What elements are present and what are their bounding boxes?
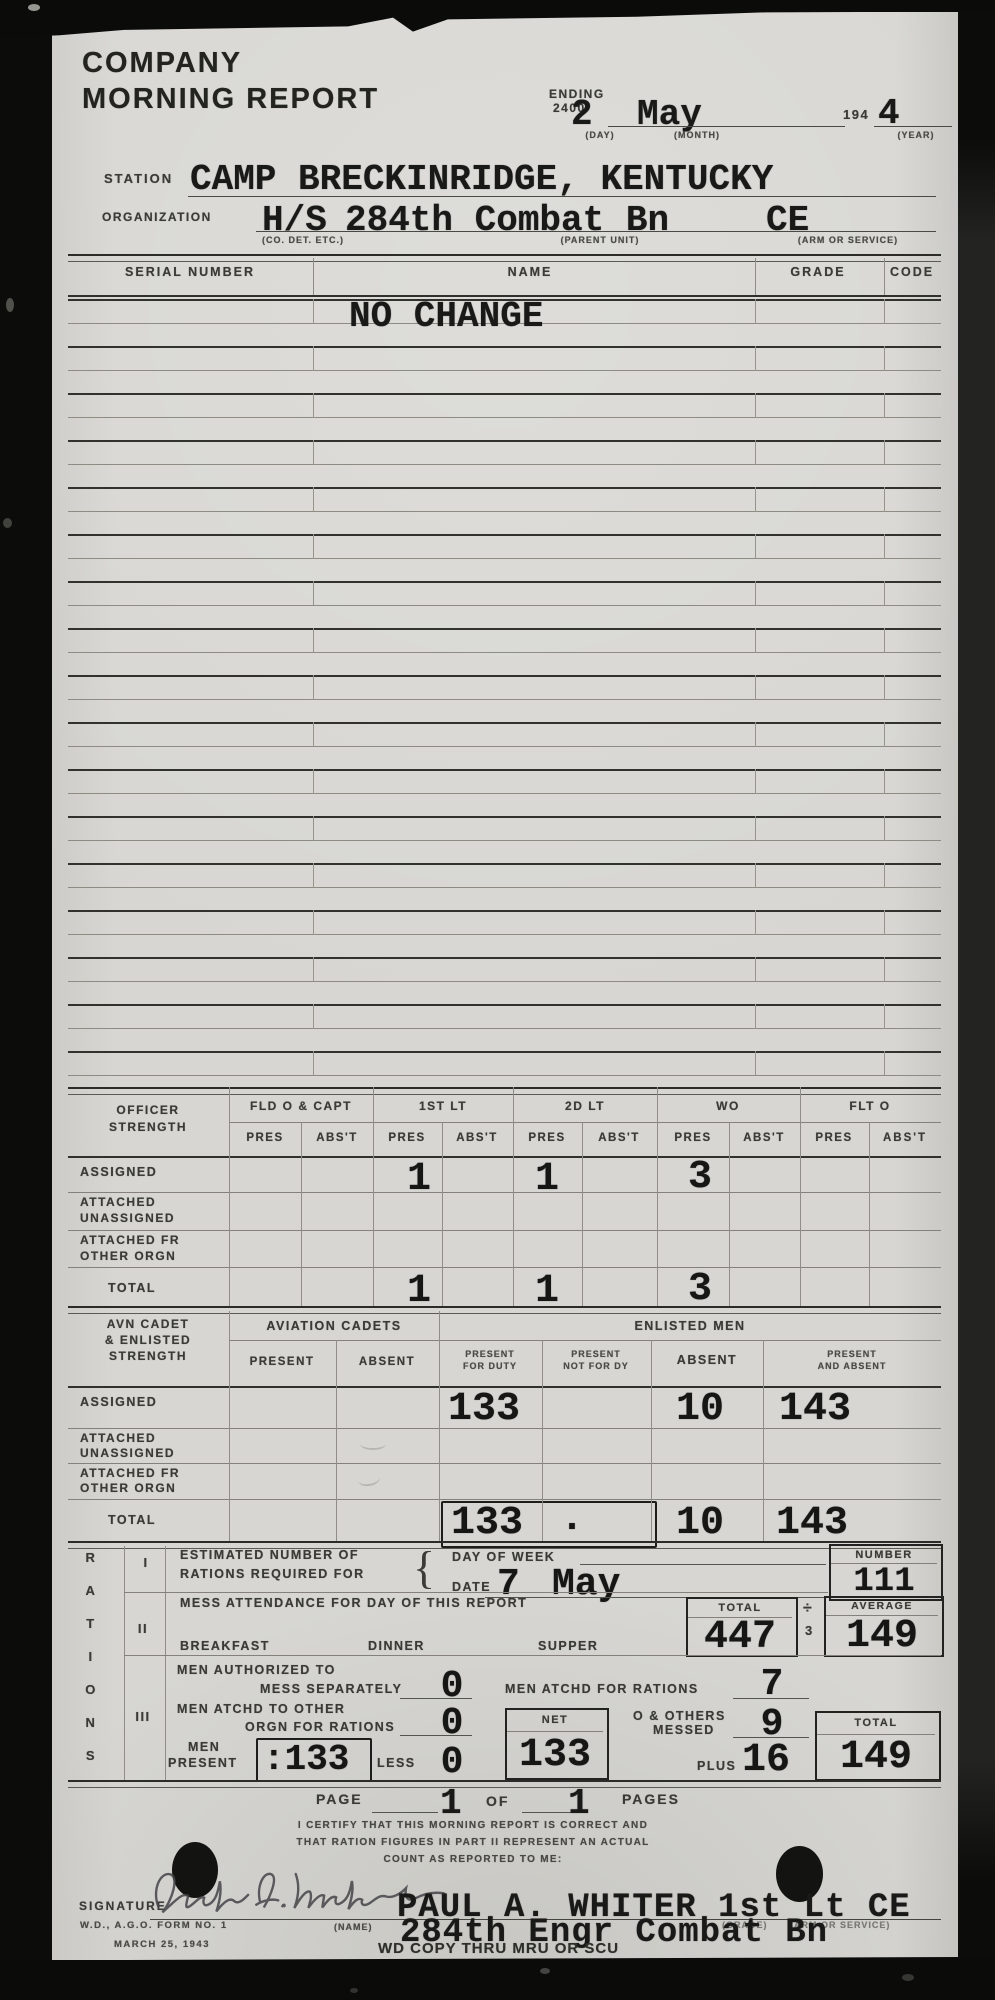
year-caption: (YEAR)	[898, 131, 935, 141]
rations-numeral-i: I	[143, 1556, 148, 1570]
pencil-smudge	[360, 1438, 386, 1450]
pages-value: 1	[568, 1786, 590, 1822]
officer-subcol-pres: PRES	[815, 1132, 852, 1145]
rule-line	[68, 1499, 941, 1500]
page-value: 1	[440, 1786, 462, 1822]
rations-numeral-ii: II	[138, 1622, 148, 1636]
officer-assigned-2dlt-pres: 1	[535, 1160, 559, 1200]
net-label: NET	[542, 1714, 569, 1726]
officer-group-wo: WO	[716, 1100, 740, 1113]
copy-note: WD COPY THRU MRU OR SCU	[378, 1941, 619, 1958]
roster-entry-no-change: NO CHANGE	[349, 299, 543, 335]
rations-bottom-rule	[68, 1780, 941, 1788]
scan-speck	[902, 1974, 914, 1981]
atchd-rations-value: 7	[761, 1666, 784, 1704]
rations-letter: O	[85, 1683, 97, 1697]
date-day-value: 2	[571, 97, 593, 133]
rule-line	[68, 1192, 941, 1193]
less-value: 0	[441, 1744, 464, 1782]
enlisted-subdivider	[763, 1340, 764, 1541]
officer-subcol-pres: PRES	[388, 1132, 425, 1145]
ration-date-month: May	[552, 1566, 620, 1604]
roster-ruled-lines	[68, 299, 941, 1087]
mess-total-value: 447	[704, 1618, 776, 1658]
scan-speck	[6, 298, 14, 312]
rations-part-divider	[124, 1655, 941, 1656]
rule-line	[68, 1230, 941, 1231]
col-present-not-for-dy-1: PRESENT	[571, 1350, 621, 1360]
officer-divider	[373, 1087, 374, 1306]
meal-dinner: DINNER	[368, 1640, 425, 1654]
enlisted-subdivider	[651, 1340, 652, 1541]
page-label: PAGE	[316, 1792, 363, 1807]
col-present-and-absent-2: AND ABSENT	[818, 1362, 887, 1372]
certify-line-1: I CERTIFY THAT THIS MORNING REPORT IS CO…	[298, 1820, 648, 1831]
auth-mess-value: 0	[441, 1668, 464, 1706]
col-present-for-duty-1: PRESENT	[465, 1350, 515, 1360]
rule-line	[68, 1428, 941, 1429]
net-value: 133	[519, 1736, 591, 1776]
rations-letter: R	[86, 1551, 97, 1565]
form-date: MARCH 25, 1943	[114, 1940, 210, 1950]
roster-top-rule	[68, 254, 941, 262]
officer-subcol-abst: ABS'T	[316, 1132, 358, 1145]
roster-header-divider	[755, 258, 756, 296]
meal-supper: SUPPER	[538, 1640, 598, 1654]
officer-row-attached-fr: ATTACHED FR	[80, 1234, 180, 1247]
enlisted-assigned-absent: 10	[676, 1390, 724, 1430]
atchd-other-value: 0	[441, 1705, 464, 1743]
mess-total-label: TOTAL	[718, 1602, 761, 1614]
station-rule	[188, 196, 936, 197]
others-messed-label-2: MESSED	[653, 1724, 715, 1738]
station-label: STATION	[104, 172, 173, 186]
enlisted-subdivider	[542, 1340, 543, 1541]
enlisted-total-absent: 10	[676, 1504, 724, 1544]
officer-total-wo-pres: 3	[688, 1270, 712, 1310]
roster-col-serial: SERIAL NUMBER	[125, 266, 255, 280]
enlisted-row-total: TOTAL	[108, 1514, 156, 1528]
atchd-other-label-2: ORGN FOR RATIONS	[245, 1721, 395, 1735]
officer-row-unassigned: UNASSIGNED	[80, 1212, 175, 1225]
certify-line-2: THAT RATION FIGURES IN PART II REPRESENT…	[296, 1837, 649, 1848]
enlisted-divider	[229, 1311, 230, 1541]
col-present-for-duty-2: FOR DUTY	[463, 1362, 517, 1372]
officer-subcol-abst: ABS'T	[456, 1132, 498, 1145]
men-present-value: :133	[263, 1742, 349, 1778]
officer-divider	[657, 1087, 658, 1306]
scan-speck	[350, 1988, 358, 1993]
atchd-rations-label: MEN ATCHD FOR RATIONS	[505, 1683, 699, 1697]
officer-subcol-abst: ABS'T	[883, 1132, 927, 1145]
officer-subcol-pres: PRES	[528, 1132, 565, 1145]
enlisted-row-assigned: ASSIGNED	[80, 1396, 157, 1410]
officer-subdivider	[729, 1122, 730, 1306]
men-present-label-2: PRESENT	[168, 1757, 238, 1771]
scan-edge-bottom	[0, 1956, 995, 2000]
org-parent-value: 284th Combat Bn	[345, 203, 669, 239]
rations-divider	[124, 1546, 125, 1782]
col-enlisted-absent: ABSENT	[677, 1354, 737, 1368]
scan-speck	[3, 518, 12, 528]
rations-total-value: 149	[840, 1738, 912, 1778]
form-title-line2: MORNING REPORT	[82, 84, 379, 116]
officer-subdivider	[301, 1122, 302, 1306]
enlisted-assigned-pa: 143	[779, 1390, 851, 1430]
enlisted-total-pa: 143	[776, 1504, 848, 1544]
men-present-label-1: MEN	[188, 1741, 220, 1755]
others-messed-label-1: O & OTHERS	[633, 1710, 726, 1724]
station-value: CAMP BRECKINRIDGE, KENTUCKY	[190, 162, 773, 198]
divide-sign: ÷	[803, 1600, 813, 1618]
auth-mess-label-2: MESS SEPARATELY	[260, 1683, 402, 1697]
roster-header-divider	[884, 258, 885, 296]
org-arm-value: CE	[766, 203, 809, 239]
auth-mess-label-1: MEN AUTHORIZED TO	[177, 1664, 336, 1678]
officer-title-2: STRENGTH	[109, 1121, 187, 1134]
officer-divider	[229, 1087, 230, 1306]
average-value: 149	[846, 1617, 918, 1657]
of-label: OF	[486, 1794, 509, 1809]
rations-divider	[165, 1546, 166, 1782]
rations-i-label-1: ESTIMATED NUMBER OF	[180, 1549, 359, 1563]
group-aviation-cadets: AVIATION CADETS	[266, 1320, 401, 1334]
caption-co-det: (CO. DET. ETC.)	[262, 236, 344, 246]
officer-divider	[800, 1087, 801, 1306]
enlisted-assigned-pfd: 133	[448, 1390, 520, 1430]
number-label: NUMBER	[855, 1549, 912, 1561]
scan-speck	[28, 4, 40, 11]
officer-subdivider	[442, 1122, 443, 1306]
roster-column-divider	[884, 299, 885, 1075]
officer-subcol-pres: PRES	[246, 1132, 283, 1145]
date-rule	[608, 126, 845, 127]
enlisted-row-attached: ATTACHED	[80, 1432, 156, 1445]
number-value: 111	[853, 1565, 914, 1599]
rations-letter: N	[86, 1716, 97, 1730]
officer-group-flto: FLT O	[849, 1100, 890, 1113]
atchd-other-label-1: MEN ATCHD TO OTHER	[177, 1703, 345, 1717]
caption-parent-unit: (PARENT UNIT)	[561, 236, 640, 246]
officer-row-total: TOTAL	[108, 1282, 156, 1296]
rule-line	[68, 1267, 941, 1268]
rations-part-divider	[124, 1592, 828, 1593]
divisor: 3	[805, 1624, 814, 1638]
col-cadets-present: PRESENT	[250, 1356, 315, 1369]
form-number: W.D., A.G.O. FORM NO. 1	[80, 1921, 228, 1931]
rations-letter: T	[86, 1617, 95, 1631]
plus-value: 16	[742, 1741, 790, 1781]
organization-rule	[256, 231, 936, 232]
meal-breakfast: BREAKFAST	[180, 1640, 270, 1654]
average-label: AVERAGE	[851, 1601, 913, 1613]
officer-group-rule	[229, 1122, 941, 1123]
form-title-line1: COMPANY	[82, 48, 242, 80]
officer-title-1: OFFICER	[116, 1104, 179, 1117]
scan-edge-right	[958, 0, 995, 2000]
rations-i-label-2: RATIONS REQUIRED FOR	[180, 1568, 365, 1582]
rations-numeral-iii: III	[135, 1710, 150, 1724]
officer-header-rule	[68, 1156, 941, 1158]
year-rule	[874, 126, 952, 127]
roster-col-grade: GRADE	[790, 266, 845, 280]
roster-header-divider	[313, 258, 314, 296]
enlisted-total-stray-dot: .	[560, 1500, 584, 1540]
rations-total-label: TOTAL	[854, 1717, 897, 1729]
officer-subcol-abst: ABS'T	[743, 1132, 785, 1145]
mess-attendance-label: MESS ATTENDANCE FOR DAY OF THIS REPORT	[180, 1597, 527, 1611]
brace-glyph: {	[413, 1541, 435, 1594]
officer-group-fldo: FLD O & CAPT	[250, 1100, 352, 1113]
officer-table-top-rule	[68, 1087, 941, 1095]
group-enlisted-men: ENLISTED MEN	[634, 1320, 745, 1334]
caption-arm-service: (ARM OR SERVICE)	[798, 236, 898, 246]
officer-group-2dlt: 2D LT	[565, 1100, 605, 1113]
officer-row-assigned: ASSIGNED	[80, 1166, 157, 1180]
rations-letter: A	[86, 1584, 97, 1598]
org-unit-value: H/S	[262, 203, 327, 239]
col-cadets-absent: ABSENT	[359, 1356, 415, 1369]
day-caption: (DAY)	[585, 131, 614, 141]
organization-label: ORGANIZATION	[102, 211, 212, 224]
enlisted-row-attached-fr: ATTACHED FR	[80, 1467, 180, 1480]
rule-line	[68, 1463, 941, 1464]
officer-row-attached: ATTACHED	[80, 1196, 156, 1209]
net-box-rule	[507, 1731, 603, 1732]
plus-label: PLUS	[697, 1760, 736, 1774]
scanned-morning-report: COMPANY MORNING REPORT ENDING 2400 2 May…	[0, 0, 995, 2000]
col-present-and-absent-1: PRESENT	[827, 1350, 877, 1360]
officer-subdivider	[582, 1122, 583, 1306]
enlisted-divider	[439, 1311, 440, 1541]
officer-table-bottom-rule	[68, 1306, 941, 1314]
col-present-not-for-dy-2: NOT FOR DY	[563, 1362, 629, 1372]
roster-column-divider	[313, 299, 314, 1075]
officer-assigned-1stlt-pres: 1	[407, 1160, 431, 1200]
month-caption: (MONTH)	[674, 131, 720, 141]
rations-letter: S	[86, 1749, 96, 1763]
less-label: LESS	[377, 1757, 416, 1771]
enlisted-row-unassigned: UNASSIGNED	[80, 1447, 175, 1460]
caption-name: (NAME)	[334, 1923, 373, 1933]
roster-col-name: NAME	[508, 266, 553, 280]
enlisted-title-1: AVN CADET	[107, 1318, 190, 1331]
roster-col-code: CODE	[890, 266, 934, 280]
officer-divider	[513, 1087, 514, 1306]
roster-column-divider	[755, 299, 756, 1075]
rations-letter: I	[88, 1650, 93, 1664]
enlisted-title-2: & ENLISTED	[105, 1334, 191, 1347]
officer-row-other-orgn: OTHER ORGN	[80, 1250, 176, 1263]
pages-label: PAGES	[622, 1792, 680, 1807]
enlisted-row-other-orgn: OTHER ORGN	[80, 1482, 176, 1495]
officer-group-1stlt: 1ST LT	[419, 1100, 467, 1113]
officer-subcol-abst: ABS'T	[598, 1132, 640, 1145]
enlisted-total-pfd: 133	[451, 1504, 523, 1544]
officer-subcol-pres: PRES	[674, 1132, 711, 1145]
blank-rule	[372, 1812, 438, 1813]
scan-speck	[540, 1968, 550, 1974]
enlisted-subdivider	[336, 1340, 337, 1541]
officer-subdivider	[869, 1122, 870, 1306]
enlisted-title-3: STRENGTH	[109, 1350, 187, 1363]
year-printed: 194	[843, 108, 869, 122]
date-month-value: May	[637, 97, 702, 133]
